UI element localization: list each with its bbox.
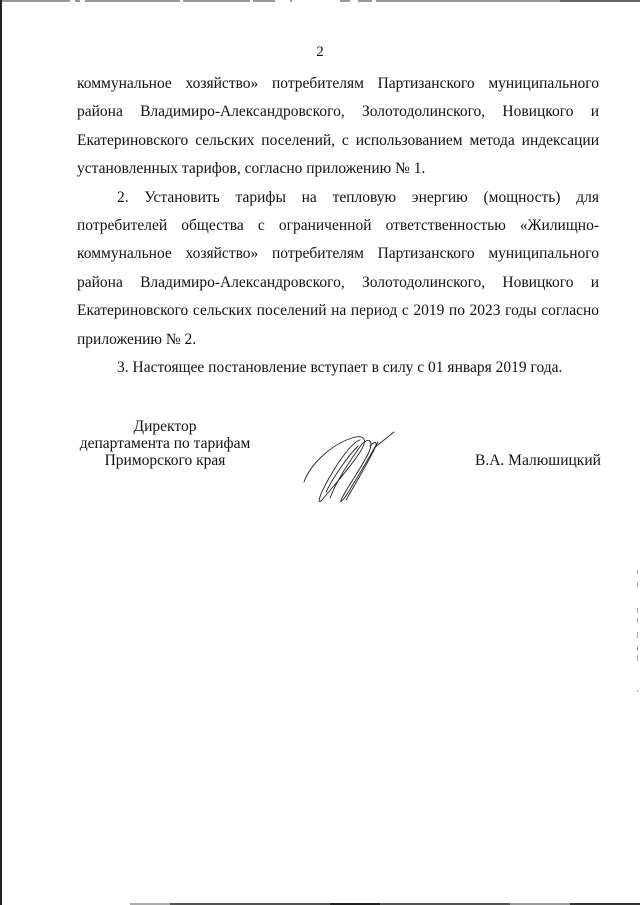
signatory-position: Директор департамента по тарифам Приморс…: [75, 418, 255, 469]
text-line: коммунальное хозяйство» потребителям Пар…: [77, 240, 599, 268]
scan-edge-left: [0, 0, 2, 905]
text-line: Екатериновского сельских поселений, с ис…: [77, 127, 599, 155]
handwritten-signature: [290, 420, 400, 510]
position-line: Директор: [75, 418, 255, 435]
paragraph-item-3: 3. Настоящее постановление вступает в си…: [77, 354, 599, 382]
text-line: района Владимиро-Александровского, Золот…: [77, 98, 599, 126]
signature-block: Директор департамента по тарифам Приморс…: [60, 418, 640, 528]
text-line: приложению № 2.: [77, 326, 599, 354]
scan-edge-top: [0, 0, 640, 2]
paragraph-continuation: коммунальное хозяйство» потребителям Пар…: [77, 70, 599, 184]
document-body: коммунальное хозяйство» потребителям Пар…: [77, 70, 599, 382]
text-line: потребителей общества с ограниченной отв…: [77, 212, 599, 240]
text-line: 2. Установить тарифы на тепловую энергию…: [77, 184, 599, 212]
signatory-name: В.А. Малюшицкий: [475, 452, 601, 469]
text-line: установленных тарифов, согласно приложен…: [77, 155, 599, 183]
scan-edge-marks-right: [637, 560, 639, 720]
text-line: Екатериновского сельских поселений на пе…: [77, 297, 599, 325]
page-number: 2: [0, 44, 640, 61]
position-line: Приморского края: [75, 452, 255, 469]
position-line: департамента по тарифам: [75, 435, 255, 452]
paragraph-item-2: 2. Установить тарифы на тепловую энергию…: [77, 184, 599, 354]
text-line: коммунальное хозяйство» потребителям Пар…: [77, 70, 599, 98]
text-line: района Владимиро-Александровского, Золот…: [77, 269, 599, 297]
text-line: 3. Настоящее постановление вступает в си…: [77, 354, 599, 382]
